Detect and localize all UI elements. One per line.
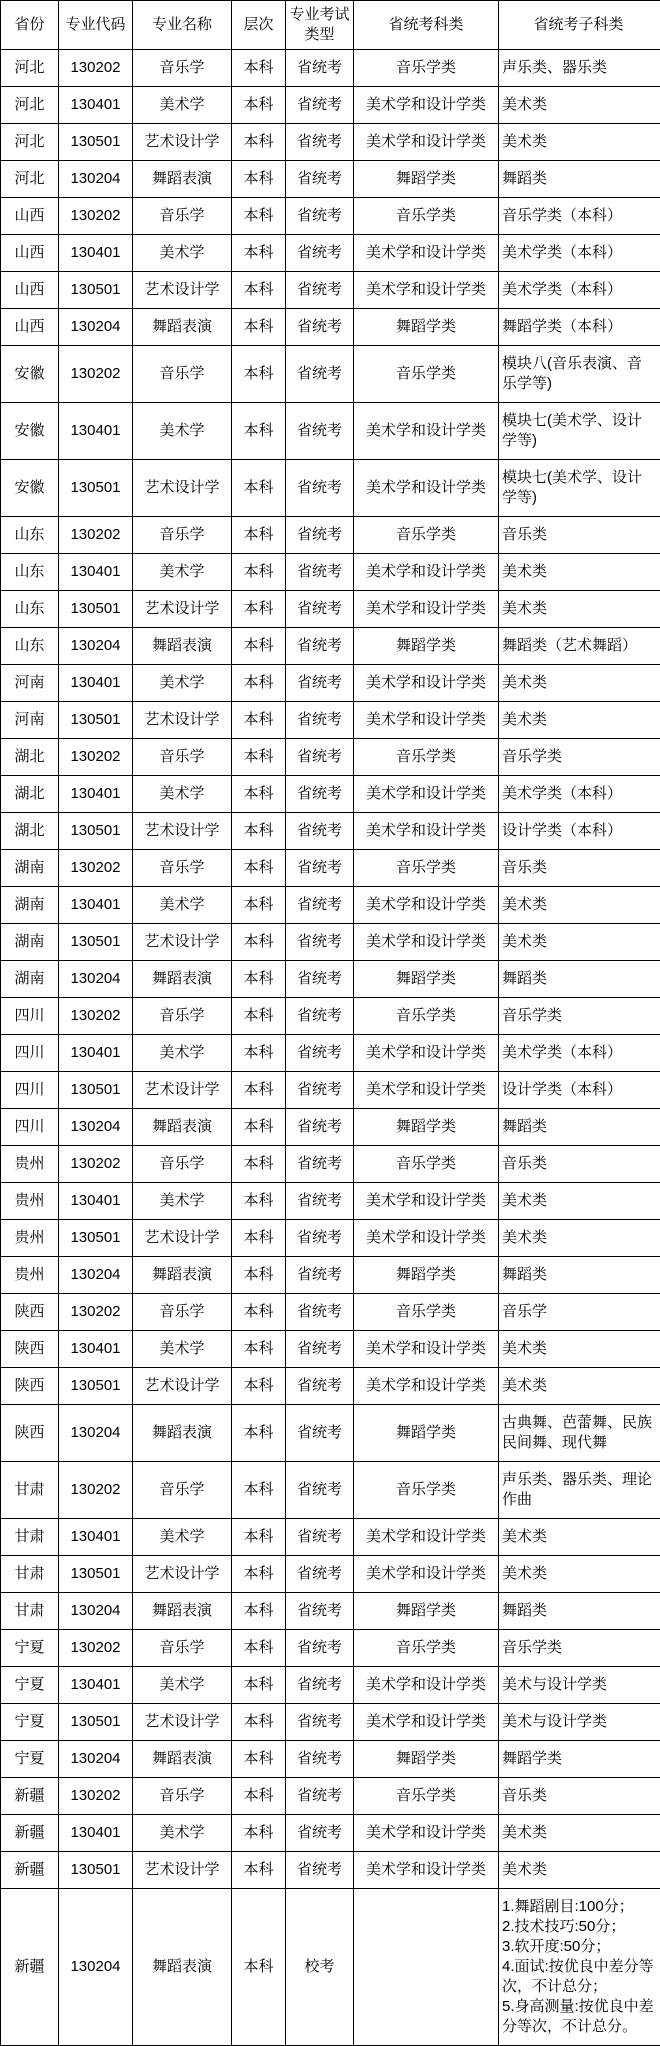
cell-major-code: 130204 — [59, 1257, 133, 1294]
cell-level: 本科 — [232, 1667, 286, 1704]
cell-exam-category: 美术学和设计学类 — [354, 87, 499, 124]
cell-major-code: 130401 — [59, 1519, 133, 1556]
table-row: 陕西130202音乐学本科省统考音乐学类音乐学 — [1, 1294, 660, 1331]
cell-exam-subcategory: 声乐类、器乐类、理论作曲 — [499, 1462, 660, 1519]
cell-level: 本科 — [232, 1556, 286, 1593]
cell-exam-type: 省统考 — [286, 850, 354, 887]
cell-exam-subcategory: 美术学类（本科） — [499, 1035, 660, 1072]
cell-province: 山东 — [1, 628, 59, 665]
cell-major-code: 130401 — [59, 1667, 133, 1704]
cell-province: 四川 — [1, 998, 59, 1035]
cell-major-code: 130202 — [59, 1462, 133, 1519]
table-row: 湖南130204舞蹈表演本科省统考舞蹈学类舞蹈类 — [1, 961, 660, 998]
cell-exam-type: 省统考 — [286, 1667, 354, 1704]
table-row: 陕西130501艺术设计学本科省统考美术学和设计学类美术类 — [1, 1368, 660, 1405]
cell-major-code: 130204 — [59, 161, 133, 198]
cell-exam-type: 省统考 — [286, 460, 354, 517]
cell-exam-subcategory: 美术与设计学类 — [499, 1667, 660, 1704]
cell-exam-type: 省统考 — [286, 1257, 354, 1294]
cell-exam-subcategory: 音乐类 — [499, 1146, 660, 1183]
cell-exam-type: 校考 — [286, 1889, 354, 2046]
cell-major-name: 音乐学 — [133, 1630, 232, 1667]
cell-major-code: 130501 — [59, 813, 133, 850]
cell-exam-type: 省统考 — [286, 1815, 354, 1852]
cell-province: 河北 — [1, 87, 59, 124]
header-province: 省份 — [1, 1, 59, 50]
cell-exam-type: 省统考 — [286, 813, 354, 850]
cell-province: 安徽 — [1, 346, 59, 403]
cell-major-code: 130401 — [59, 665, 133, 702]
cell-major-name: 艺术设计学 — [133, 272, 232, 309]
cell-major-name: 舞蹈表演 — [133, 1593, 232, 1630]
table-row: 湖南130401美术学本科省统考美术学和设计学类美术类 — [1, 887, 660, 924]
cell-exam-category: 美术学和设计学类 — [354, 813, 499, 850]
table-row: 湖北130501艺术设计学本科省统考美术学和设计学类设计学类（本科） — [1, 813, 660, 850]
table-row: 宁夏130401美术学本科省统考美术学和设计学类美术与设计学类 — [1, 1667, 660, 1704]
cell-exam-category: 美术学和设计学类 — [354, 1556, 499, 1593]
cell-major-code: 130202 — [59, 1778, 133, 1815]
cell-major-code: 130501 — [59, 1556, 133, 1593]
header-level: 层次 — [232, 1, 286, 50]
cell-exam-type: 省统考 — [286, 554, 354, 591]
cell-exam-type: 省统考 — [286, 1331, 354, 1368]
cell-major-code: 130202 — [59, 850, 133, 887]
cell-level: 本科 — [232, 665, 286, 702]
cell-province: 陕西 — [1, 1368, 59, 1405]
cell-exam-type: 省统考 — [286, 346, 354, 403]
cell-exam-subcategory: 音乐类 — [499, 850, 660, 887]
cell-exam-type: 省统考 — [286, 1109, 354, 1146]
table-row: 山东130204舞蹈表演本科省统考舞蹈学类舞蹈类（艺术舞蹈） — [1, 628, 660, 665]
table-row: 贵州130202音乐学本科省统考音乐学类音乐类 — [1, 1146, 660, 1183]
cell-province: 河南 — [1, 702, 59, 739]
cell-exam-category: 音乐学类 — [354, 1630, 499, 1667]
cell-province: 陕西 — [1, 1405, 59, 1462]
cell-exam-category: 美术学和设计学类 — [354, 1183, 499, 1220]
cell-exam-subcategory: 设计学类（本科） — [499, 813, 660, 850]
cell-major-name: 美术学 — [133, 1183, 232, 1220]
cell-level: 本科 — [232, 1889, 286, 2046]
table-row: 安徽130501艺术设计学本科省统考美术学和设计学类模块七(美术学、设计学等) — [1, 460, 660, 517]
cell-exam-type: 省统考 — [286, 1519, 354, 1556]
cell-major-name: 舞蹈表演 — [133, 161, 232, 198]
cell-exam-type: 省统考 — [286, 1704, 354, 1741]
cell-level: 本科 — [232, 346, 286, 403]
cell-province: 湖北 — [1, 739, 59, 776]
cell-major-code: 130401 — [59, 1331, 133, 1368]
cell-major-code: 130501 — [59, 124, 133, 161]
cell-province: 四川 — [1, 1072, 59, 1109]
cell-exam-category: 音乐学类 — [354, 1462, 499, 1519]
cell-major-code: 130501 — [59, 1220, 133, 1257]
cell-major-name: 美术学 — [133, 403, 232, 460]
cell-major-name: 艺术设计学 — [133, 1556, 232, 1593]
cell-exam-type: 省统考 — [286, 1368, 354, 1405]
cell-major-code: 130202 — [59, 1146, 133, 1183]
cell-exam-type: 省统考 — [286, 739, 354, 776]
cell-exam-category: 美术学和设计学类 — [354, 1667, 499, 1704]
cell-exam-subcategory: 美术类 — [499, 1220, 660, 1257]
cell-exam-category: 美术学和设计学类 — [354, 124, 499, 161]
cell-exam-subcategory: 音乐学类 — [499, 998, 660, 1035]
cell-province: 湖南 — [1, 887, 59, 924]
table-body: 河北130202音乐学本科省统考音乐学类声乐类、器乐类河北130401美术学本科… — [1, 50, 660, 2046]
cell-exam-type: 省统考 — [286, 124, 354, 161]
table-row: 河北130401美术学本科省统考美术学和设计学类美术类 — [1, 87, 660, 124]
cell-major-code: 130501 — [59, 702, 133, 739]
cell-level: 本科 — [232, 1072, 286, 1109]
cell-level: 本科 — [232, 517, 286, 554]
cell-major-name: 艺术设计学 — [133, 460, 232, 517]
cell-exam-subcategory: 音乐类 — [499, 517, 660, 554]
table-row: 山西130401美术学本科省统考美术学和设计学类美术学类（本科） — [1, 235, 660, 272]
cell-major-name: 艺术设计学 — [133, 1368, 232, 1405]
cell-exam-category: 音乐学类 — [354, 517, 499, 554]
cell-level: 本科 — [232, 1035, 286, 1072]
table-row: 宁夏130202音乐学本科省统考音乐学类音乐学类 — [1, 1630, 660, 1667]
cell-major-code: 130202 — [59, 517, 133, 554]
cell-exam-subcategory: 美术类 — [499, 1183, 660, 1220]
cell-major-name: 音乐学 — [133, 1146, 232, 1183]
cell-province: 湖南 — [1, 850, 59, 887]
cell-exam-subcategory: 美术类 — [499, 1852, 660, 1889]
cell-level: 本科 — [232, 702, 286, 739]
cell-level: 本科 — [232, 1593, 286, 1630]
cell-province: 宁夏 — [1, 1704, 59, 1741]
cell-province: 新疆 — [1, 1815, 59, 1852]
cell-province: 新疆 — [1, 1852, 59, 1889]
table-row: 湖北130401美术学本科省统考美术学和设计学类美术学类（本科） — [1, 776, 660, 813]
header-exam-type: 专业考试类型 — [286, 1, 354, 50]
cell-exam-category: 音乐学类 — [354, 1778, 499, 1815]
cell-exam-subcategory: 模块七(美术学、设计学等) — [499, 403, 660, 460]
cell-major-code: 130501 — [59, 1072, 133, 1109]
cell-level: 本科 — [232, 272, 286, 309]
cell-exam-type: 省统考 — [286, 1630, 354, 1667]
cell-exam-category: 美术学和设计学类 — [354, 554, 499, 591]
table-row: 山西130204舞蹈表演本科省统考舞蹈学类舞蹈学类（本科） — [1, 309, 660, 346]
cell-level: 本科 — [232, 235, 286, 272]
table-row: 河北130202音乐学本科省统考音乐学类声乐类、器乐类 — [1, 50, 660, 87]
cell-exam-type: 省统考 — [286, 628, 354, 665]
table-row: 甘肃130202音乐学本科省统考音乐学类声乐类、器乐类、理论作曲 — [1, 1462, 660, 1519]
cell-major-name: 美术学 — [133, 1667, 232, 1704]
cell-exam-type: 省统考 — [286, 1405, 354, 1462]
cell-province: 贵州 — [1, 1183, 59, 1220]
cell-exam-subcategory: 美术类 — [499, 924, 660, 961]
cell-exam-subcategory: 美术类 — [499, 665, 660, 702]
header-provincial-exam-category: 省统考科类 — [354, 1, 499, 50]
cell-major-name: 音乐学 — [133, 850, 232, 887]
cell-exam-type: 省统考 — [286, 998, 354, 1035]
cell-province: 甘肃 — [1, 1593, 59, 1630]
table-header-row: 省份 专业代码 专业名称 层次 专业考试类型 省统考科类 省统考子科类 — [1, 1, 660, 50]
cell-major-code: 130401 — [59, 87, 133, 124]
cell-exam-category: 音乐学类 — [354, 1146, 499, 1183]
table-row: 陕西130204舞蹈表演本科省统考舞蹈学类古典舞、芭蕾舞、民族民间舞、现代舞 — [1, 1405, 660, 1462]
cell-exam-subcategory: 美术类 — [499, 887, 660, 924]
cell-major-code: 130401 — [59, 235, 133, 272]
header-provincial-exam-subcategory: 省统考子科类 — [499, 1, 660, 50]
cell-province: 甘肃 — [1, 1556, 59, 1593]
cell-level: 本科 — [232, 887, 286, 924]
cell-province: 安徽 — [1, 460, 59, 517]
cell-major-code: 130204 — [59, 1405, 133, 1462]
cell-major-code: 130501 — [59, 460, 133, 517]
cell-exam-type: 省统考 — [286, 1778, 354, 1815]
cell-exam-category: 美术学和设计学类 — [354, 665, 499, 702]
cell-exam-subcategory: 美术类 — [499, 1815, 660, 1852]
cell-province: 甘肃 — [1, 1462, 59, 1519]
cell-exam-category: 美术学和设计学类 — [354, 924, 499, 961]
cell-exam-category: 舞蹈学类 — [354, 309, 499, 346]
cell-exam-subcategory: 音乐学 — [499, 1294, 660, 1331]
cell-major-code: 130204 — [59, 1741, 133, 1778]
cell-exam-subcategory: 音乐学类（本科） — [499, 198, 660, 235]
cell-exam-type: 省统考 — [286, 1462, 354, 1519]
cell-major-name: 舞蹈表演 — [133, 309, 232, 346]
cell-major-name: 艺术设计学 — [133, 124, 232, 161]
cell-exam-type: 省统考 — [286, 161, 354, 198]
cell-exam-type: 省统考 — [286, 1183, 354, 1220]
cell-exam-category: 美术学和设计学类 — [354, 1220, 499, 1257]
cell-major-code: 130202 — [59, 346, 133, 403]
cell-exam-subcategory: 音乐学类 — [499, 739, 660, 776]
cell-major-name: 艺术设计学 — [133, 1704, 232, 1741]
cell-major-name: 美术学 — [133, 235, 232, 272]
cell-exam-subcategory: 美术类 — [499, 124, 660, 161]
table-row: 宁夏130501艺术设计学本科省统考美术学和设计学类美术与设计学类 — [1, 1704, 660, 1741]
cell-major-name: 音乐学 — [133, 50, 232, 87]
header-major-code: 专业代码 — [59, 1, 133, 50]
cell-exam-type: 省统考 — [286, 309, 354, 346]
cell-major-name: 舞蹈表演 — [133, 1109, 232, 1146]
cell-level: 本科 — [232, 591, 286, 628]
cell-province: 湖南 — [1, 961, 59, 998]
cell-major-name: 美术学 — [133, 1519, 232, 1556]
cell-exam-category: 音乐学类 — [354, 1294, 499, 1331]
cell-exam-type: 省统考 — [286, 272, 354, 309]
cell-exam-subcategory: 设计学类（本科） — [499, 1072, 660, 1109]
cell-level: 本科 — [232, 1778, 286, 1815]
cell-exam-type: 省统考 — [286, 1220, 354, 1257]
table-row: 安徽130202音乐学本科省统考音乐学类模块八(音乐表演、音乐学等) — [1, 346, 660, 403]
cell-major-name: 美术学 — [133, 554, 232, 591]
cell-major-code: 130202 — [59, 1294, 133, 1331]
cell-exam-category: 舞蹈学类 — [354, 1593, 499, 1630]
cell-exam-type: 省统考 — [286, 50, 354, 87]
cell-major-name: 美术学 — [133, 1035, 232, 1072]
table-row: 山西130202音乐学本科省统考音乐学类音乐学类（本科） — [1, 198, 660, 235]
cell-province: 湖南 — [1, 924, 59, 961]
cell-exam-type: 省统考 — [286, 961, 354, 998]
table-row: 山东130202音乐学本科省统考音乐学类音乐类 — [1, 517, 660, 554]
cell-exam-category: 美术学和设计学类 — [354, 403, 499, 460]
cell-level: 本科 — [232, 1815, 286, 1852]
cell-major-name: 艺术设计学 — [133, 1220, 232, 1257]
cell-exam-subcategory: 舞蹈学类 — [499, 1741, 660, 1778]
cell-province: 湖北 — [1, 776, 59, 813]
cell-exam-category: 美术学和设计学类 — [354, 1704, 499, 1741]
cell-exam-category: 美术学和设计学类 — [354, 1368, 499, 1405]
cell-province: 陕西 — [1, 1294, 59, 1331]
cell-major-code: 130501 — [59, 591, 133, 628]
cell-major-code: 130202 — [59, 198, 133, 235]
cell-major-code: 130204 — [59, 628, 133, 665]
cell-exam-category: 舞蹈学类 — [354, 161, 499, 198]
table-row: 贵州130401美术学本科省统考美术学和设计学类美术类 — [1, 1183, 660, 1220]
cell-exam-category: 美术学和设计学类 — [354, 460, 499, 517]
cell-level: 本科 — [232, 1220, 286, 1257]
cell-level: 本科 — [232, 1183, 286, 1220]
cell-exam-subcategory: 模块七(美术学、设计学等) — [499, 460, 660, 517]
cell-level: 本科 — [232, 924, 286, 961]
cell-major-name: 舞蹈表演 — [133, 1257, 232, 1294]
table-row: 河北130501艺术设计学本科省统考美术学和设计学类美术类 — [1, 124, 660, 161]
cell-exam-type: 省统考 — [286, 235, 354, 272]
cell-major-name: 艺术设计学 — [133, 1852, 232, 1889]
cell-province: 宁夏 — [1, 1667, 59, 1704]
cell-exam-subcategory: 美术类 — [499, 1368, 660, 1405]
cell-exam-category: 美术学和设计学类 — [354, 776, 499, 813]
cell-exam-subcategory: 美术学类（本科） — [499, 776, 660, 813]
cell-exam-category: 舞蹈学类 — [354, 1257, 499, 1294]
table-row: 河北130204舞蹈表演本科省统考舞蹈学类舞蹈类 — [1, 161, 660, 198]
cell-province: 山东 — [1, 591, 59, 628]
cell-major-name: 音乐学 — [133, 1294, 232, 1331]
cell-major-name: 音乐学 — [133, 998, 232, 1035]
cell-province: 贵州 — [1, 1220, 59, 1257]
cell-major-code: 130202 — [59, 739, 133, 776]
cell-exam-category — [354, 1889, 499, 2046]
cell-major-name: 舞蹈表演 — [133, 628, 232, 665]
table-row: 宁夏130204舞蹈表演本科省统考舞蹈学类舞蹈学类 — [1, 1741, 660, 1778]
table-row: 山东130501艺术设计学本科省统考美术学和设计学类美术类 — [1, 591, 660, 628]
cell-major-name: 音乐学 — [133, 739, 232, 776]
cell-major-name: 舞蹈表演 — [133, 1405, 232, 1462]
cell-exam-category: 美术学和设计学类 — [354, 235, 499, 272]
cell-exam-type: 省统考 — [286, 1556, 354, 1593]
table-row: 安徽130401美术学本科省统考美术学和设计学类模块七(美术学、设计学等) — [1, 403, 660, 460]
cell-major-code: 130501 — [59, 1368, 133, 1405]
cell-level: 本科 — [232, 1294, 286, 1331]
cell-exam-subcategory: 舞蹈类（艺术舞蹈） — [499, 628, 660, 665]
cell-exam-type: 省统考 — [286, 702, 354, 739]
cell-exam-category: 美术学和设计学类 — [354, 591, 499, 628]
cell-exam-category: 舞蹈学类 — [354, 1405, 499, 1462]
cell-major-name: 舞蹈表演 — [133, 1889, 232, 2046]
cell-exam-category: 美术学和设计学类 — [354, 1519, 499, 1556]
cell-exam-subcategory: 舞蹈类 — [499, 1257, 660, 1294]
cell-province: 贵州 — [1, 1257, 59, 1294]
cell-exam-type: 省统考 — [286, 517, 354, 554]
cell-major-code: 130204 — [59, 309, 133, 346]
cell-province: 河南 — [1, 665, 59, 702]
cell-exam-category: 美术学和设计学类 — [354, 272, 499, 309]
cell-level: 本科 — [232, 628, 286, 665]
table-row: 新疆130202音乐学本科省统考音乐学类音乐类 — [1, 1778, 660, 1815]
cell-major-code: 130204 — [59, 961, 133, 998]
cell-exam-subcategory: 美术类 — [499, 87, 660, 124]
cell-exam-category: 美术学和设计学类 — [354, 1035, 499, 1072]
table-row: 贵州130501艺术设计学本科省统考美术学和设计学类美术类 — [1, 1220, 660, 1257]
cell-exam-type: 省统考 — [286, 1593, 354, 1630]
cell-exam-type: 省统考 — [286, 591, 354, 628]
cell-exam-type: 省统考 — [286, 1294, 354, 1331]
cell-province: 河北 — [1, 124, 59, 161]
table-row: 甘肃130401美术学本科省统考美术学和设计学类美术类 — [1, 1519, 660, 1556]
cell-major-name: 艺术设计学 — [133, 1072, 232, 1109]
cell-level: 本科 — [232, 198, 286, 235]
table-row: 四川130204舞蹈表演本科省统考舞蹈学类舞蹈类 — [1, 1109, 660, 1146]
table-row: 湖南130501艺术设计学本科省统考美术学和设计学类美术类 — [1, 924, 660, 961]
cell-level: 本科 — [232, 124, 286, 161]
cell-major-code: 130401 — [59, 403, 133, 460]
cell-exam-category: 舞蹈学类 — [354, 628, 499, 665]
cell-province: 山西 — [1, 272, 59, 309]
cell-exam-type: 省统考 — [286, 1741, 354, 1778]
table-row: 湖北130202音乐学本科省统考音乐学类音乐学类 — [1, 739, 660, 776]
cell-level: 本科 — [232, 1109, 286, 1146]
cell-exam-subcategory: 模块八(音乐表演、音乐学等) — [499, 346, 660, 403]
cell-major-code: 130202 — [59, 50, 133, 87]
table-row: 四川130401美术学本科省统考美术学和设计学类美术学类（本科） — [1, 1035, 660, 1072]
cell-major-code: 130501 — [59, 1852, 133, 1889]
cell-level: 本科 — [232, 961, 286, 998]
cell-level: 本科 — [232, 850, 286, 887]
cell-exam-category: 美术学和设计学类 — [354, 702, 499, 739]
cell-exam-subcategory: 舞蹈学类（本科） — [499, 309, 660, 346]
table-row: 山西130501艺术设计学本科省统考美术学和设计学类美术学类（本科） — [1, 272, 660, 309]
admission-exam-table: 省份 专业代码 专业名称 层次 专业考试类型 省统考科类 省统考子科类 河北13… — [0, 0, 660, 2046]
table-row: 四川130202音乐学本科省统考音乐学类音乐学类 — [1, 998, 660, 1035]
cell-exam-category: 美术学和设计学类 — [354, 1331, 499, 1368]
cell-exam-category: 美术学和设计学类 — [354, 887, 499, 924]
cell-major-name: 美术学 — [133, 887, 232, 924]
cell-major-code: 130204 — [59, 1593, 133, 1630]
cell-exam-category: 舞蹈学类 — [354, 1741, 499, 1778]
cell-level: 本科 — [232, 1852, 286, 1889]
table-row: 贵州130204舞蹈表演本科省统考舞蹈学类舞蹈类 — [1, 1257, 660, 1294]
cell-level: 本科 — [232, 554, 286, 591]
cell-province: 宁夏 — [1, 1741, 59, 1778]
cell-exam-subcategory: 音乐学类 — [499, 1630, 660, 1667]
cell-exam-subcategory: 1.舞蹈剧目:100分； 2.技术技巧:50分； 3.软开度:50分； 4.面试… — [499, 1889, 660, 2046]
cell-exam-subcategory: 声乐类、器乐类 — [499, 50, 660, 87]
cell-exam-category: 美术学和设计学类 — [354, 1815, 499, 1852]
cell-exam-category: 音乐学类 — [354, 198, 499, 235]
cell-major-name: 舞蹈表演 — [133, 961, 232, 998]
cell-exam-type: 省统考 — [286, 403, 354, 460]
cell-exam-subcategory: 美术类 — [499, 1556, 660, 1593]
cell-level: 本科 — [232, 1704, 286, 1741]
cell-province: 安徽 — [1, 403, 59, 460]
cell-major-name: 音乐学 — [133, 198, 232, 235]
cell-major-name: 美术学 — [133, 776, 232, 813]
cell-level: 本科 — [232, 87, 286, 124]
cell-level: 本科 — [232, 1741, 286, 1778]
cell-major-name: 艺术设计学 — [133, 813, 232, 850]
cell-exam-subcategory: 美术类 — [499, 1519, 660, 1556]
cell-level: 本科 — [232, 1462, 286, 1519]
cell-province: 四川 — [1, 1035, 59, 1072]
cell-exam-category: 美术学和设计学类 — [354, 1072, 499, 1109]
cell-exam-category: 舞蹈学类 — [354, 1109, 499, 1146]
cell-exam-type: 省统考 — [286, 776, 354, 813]
cell-exam-category: 音乐学类 — [354, 850, 499, 887]
cell-level: 本科 — [232, 1331, 286, 1368]
cell-level: 本科 — [232, 813, 286, 850]
